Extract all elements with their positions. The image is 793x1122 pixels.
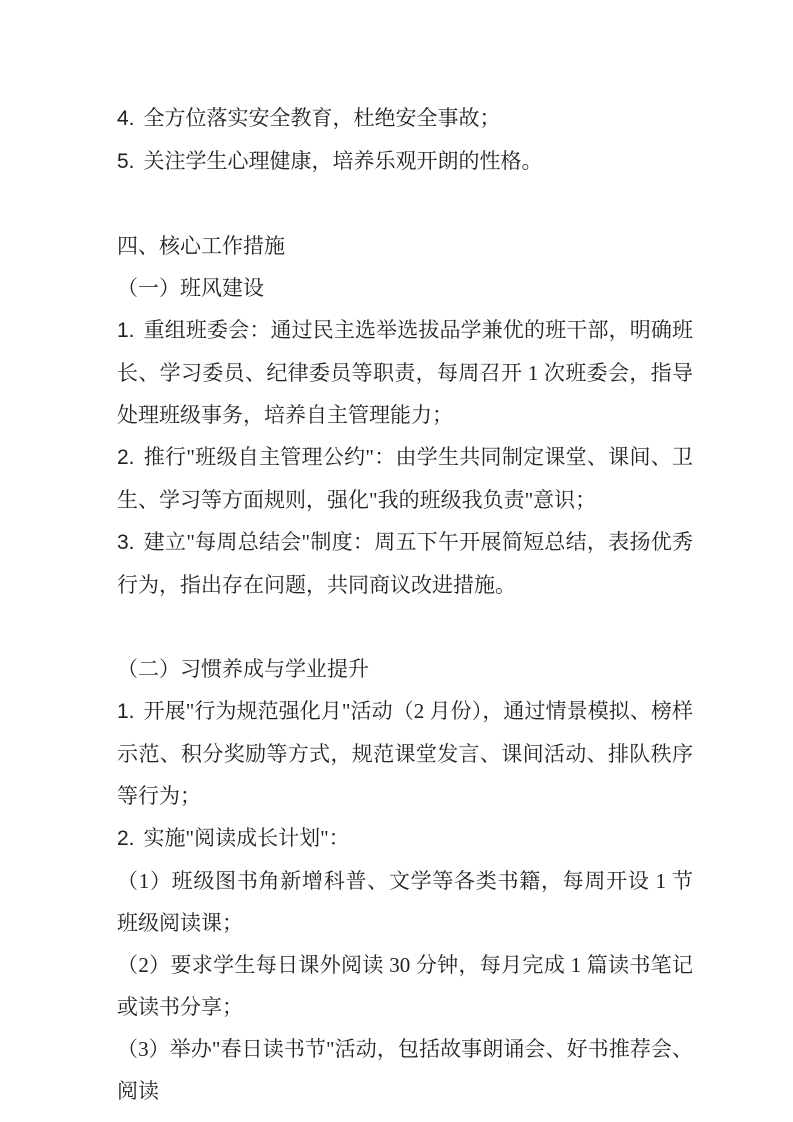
list-item: 1.重组班委会：通过民主选举选拔品学兼优的班干部，明确班长、学习委员、纪律委员等…: [117, 309, 693, 436]
list-item: 4.全方位落实安全教育，杜绝安全事故；: [117, 97, 693, 140]
empty-line: [117, 183, 693, 225]
section-heading: 四、核心工作措施: [117, 225, 693, 267]
list-item-text: 关注学生心理健康，培养乐观开朗的性格。: [144, 149, 543, 173]
list-item-text: 推行"班级自主管理公约"：由学生共同制定课堂、课间、卫生、学习等方面规则，强化"…: [117, 445, 693, 512]
numbered-sub-paragraph: （2）要求学生每日课外阅读 30 分钟，每月完成 1 篇读书笔记或读书分享；: [117, 944, 693, 1028]
list-number: 5.: [117, 150, 135, 173]
numbered-sub-paragraph: （3）举办"春日读书节"活动，包括故事朗诵会、好书推荐会、阅读: [117, 1028, 693, 1112]
list-number: 2.: [117, 446, 135, 469]
list-item: 1.开展"行为规范强化月"活动（2 月份），通过情景模拟、榜样示范、积分奖励等方…: [117, 690, 693, 817]
document-page: 4.全方位落实安全教育，杜绝安全事故； 5.关注学生心理健康，培养乐观开朗的性格…: [0, 0, 793, 1122]
list-item: 5.关注学生心理健康，培养乐观开朗的性格。: [117, 140, 693, 183]
list-item: 2.推行"班级自主管理公约"：由学生共同制定课堂、课间、卫生、学习等方面规则，强…: [117, 436, 693, 521]
list-number: 4.: [117, 107, 135, 130]
list-item: 3.建立"每周总结会"制度：周五下午开展简短总结，表扬优秀行为，指出存在问题，共…: [117, 521, 693, 606]
list-item-text: 重组班委会：通过民主选举选拔品学兼优的班干部，明确班长、学习委员、纪律委员等职责…: [117, 318, 693, 427]
list-item-text: 开展"行为规范强化月"活动（2 月份），通过情景模拟、榜样示范、积分奖励等方式，…: [117, 699, 693, 808]
list-item: 2.实施"阅读成长计划"：: [117, 817, 693, 860]
list-number: 2.: [117, 827, 135, 850]
numbered-sub-paragraph: （1）班级图书角新增科普、文学等各类书籍，每周开设 1 节班级阅读课；: [117, 860, 693, 944]
list-item-text: 建立"每周总结会"制度：周五下午开展简短总结，表扬优秀行为，指出存在问题，共同商…: [117, 530, 693, 597]
list-number: 1.: [117, 319, 135, 342]
list-item-text: 全方位落实安全教育，杜绝安全事故；: [144, 106, 501, 130]
empty-line: [117, 606, 693, 648]
sub-section-heading: （一）班风建设: [117, 267, 693, 309]
list-number: 1.: [117, 700, 135, 723]
list-item-text: 实施"阅读成长计划"：: [144, 826, 350, 850]
sub-section-heading: （二）习惯养成与学业提升: [117, 648, 693, 690]
list-number: 3.: [117, 531, 135, 554]
